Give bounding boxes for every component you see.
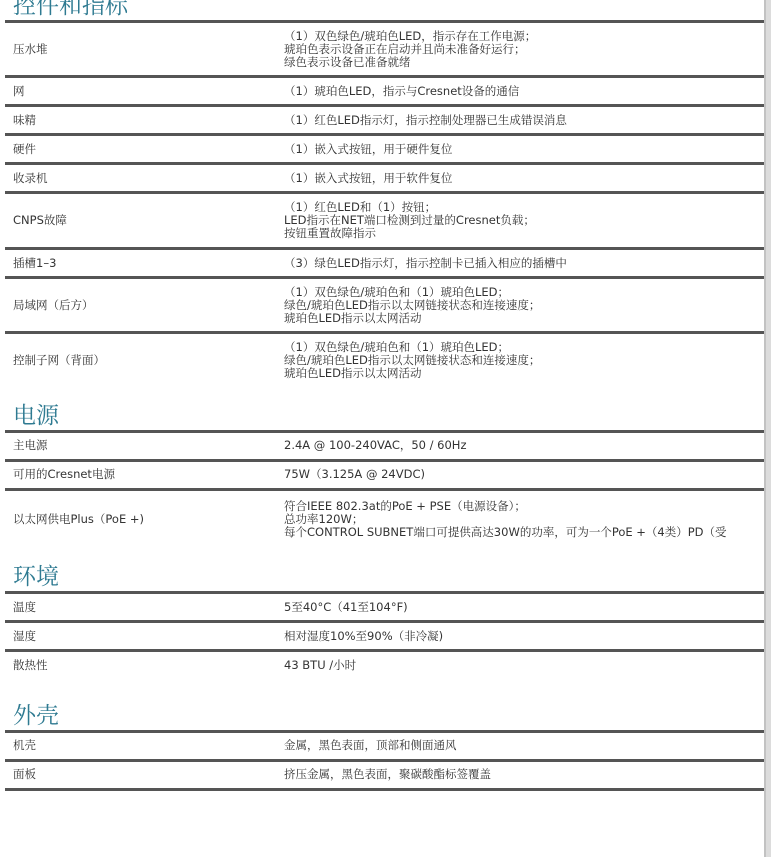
spec-value: 金属，黑色表面，顶部和侧面通风 [282, 731, 766, 760]
table-row: 面板 挤压金属，黑色表面，聚碳酸酯标签覆盖 [5, 760, 766, 789]
table-row: 控制子网（背面） （1）双色绿色/琥珀色和（1）琥珀色LED； 绿色/琥珀色LE… [5, 333, 766, 388]
spec-value: （1）双色绿色/琥珀色和（1）琥珀色LED； 绿色/琥珀色LED指示以太网链接状… [282, 333, 766, 388]
spec-document: 控件和指标 压水堆 （1）双色绿色/琥珀色LED，指示存在工作电源； 琥珀色表示… [5, 0, 766, 791]
spec-label: 主电源 [5, 431, 282, 460]
spec-label: 机壳 [5, 731, 282, 760]
spec-value: （1）嵌入式按钮，用于软件复位 [282, 164, 766, 193]
table-row: 可用的Cresnet电源 75W（3.125A @ 24VDC) [5, 460, 766, 489]
section-title-enclosure: 外壳 [5, 702, 766, 730]
table-row: 机壳 金属，黑色表面，顶部和侧面通风 [5, 731, 766, 760]
section-title-environment: 环境 [5, 563, 766, 591]
spec-value: （3）绿色LED指示灯，指示控制卡已插入相应的插槽中 [282, 249, 766, 278]
table-row: 散热性 43 BTU /小时 [5, 651, 766, 680]
spec-value: （1）嵌入式按钮，用于硬件复位 [282, 135, 766, 164]
table-row: 以太网供电Plus（PoE +) 符合IEEE 802.3at的PoE + PS… [5, 489, 766, 549]
spec-label: 面板 [5, 760, 282, 789]
spec-label: 控制子网（背面） [5, 333, 282, 388]
table-row: 收录机 （1）嵌入式按钮，用于软件复位 [5, 164, 766, 193]
table-row: 硬件 （1）嵌入式按钮，用于硬件复位 [5, 135, 766, 164]
table-row: 主电源 2.4A @ 100-240VAC，50 / 60Hz [5, 431, 766, 460]
spec-value: 2.4A @ 100-240VAC，50 / 60Hz [282, 431, 766, 460]
spec-label: 温度 [5, 593, 282, 622]
table-row: 插槽1–3 （3）绿色LED指示灯，指示控制卡已插入相应的插槽中 [5, 249, 766, 278]
table-row: CNPS故障 （1）红色LED和（1）按钮； LED指示在NET端口检测到过量的… [5, 193, 766, 249]
spec-table-enclosure: 机壳 金属，黑色表面，顶部和侧面通风 面板 挤压金属，黑色表面，聚碳酸酯标签覆盖 [5, 730, 766, 791]
spec-label: 收录机 [5, 164, 282, 193]
spec-label: CNPS故障 [5, 193, 282, 249]
section-title-controls: 控件和指标 [5, 0, 766, 20]
section-spacer [5, 680, 766, 702]
table-row: 味精 （1）红色LED指示灯，指示控制处理器已生成错误消息 [5, 106, 766, 135]
spec-label: 压水堆 [5, 22, 282, 77]
table-row: 网 （1）琥珀色LED，指示与Cresnet设备的通信 [5, 77, 766, 106]
table-row: 局域网（后方） （1）双色绿色/琥珀色和（1）琥珀色LED； 绿色/琥珀色LED… [5, 278, 766, 333]
section-spacer [5, 388, 766, 402]
vertical-scrollbar[interactable] [764, 0, 771, 857]
spec-value: 相对湿度10%至90%（非冷凝) [282, 622, 766, 651]
spec-label: 散热性 [5, 651, 282, 680]
spec-label: 局域网（后方） [5, 278, 282, 333]
spec-label: 可用的Cresnet电源 [5, 460, 282, 489]
spec-value: 43 BTU /小时 [282, 651, 766, 680]
spec-table-controls: 压水堆 （1）双色绿色/琥珀色LED，指示存在工作电源； 琥珀色表示设备正在启动… [5, 20, 766, 388]
spec-value: （1）双色绿色/琥珀色和（1）琥珀色LED； 绿色/琥珀色LED指示以太网链接状… [282, 278, 766, 333]
spec-label: 湿度 [5, 622, 282, 651]
spec-label: 网 [5, 77, 282, 106]
section-spacer [5, 549, 766, 563]
spec-table-power: 主电源 2.4A @ 100-240VAC，50 / 60Hz 可用的Cresn… [5, 430, 766, 550]
spec-value: （1）红色LED和（1）按钮； LED指示在NET端口检测到过量的Cresnet… [282, 193, 766, 249]
section-title-power: 电源 [5, 402, 766, 430]
table-row: 压水堆 （1）双色绿色/琥珀色LED，指示存在工作电源； 琥珀色表示设备正在启动… [5, 22, 766, 77]
spec-value: 5至40°C（41至104°F) [282, 593, 766, 622]
spec-label: 插槽1–3 [5, 249, 282, 278]
spec-value: （1）琥珀色LED，指示与Cresnet设备的通信 [282, 77, 766, 106]
spec-label: 味精 [5, 106, 282, 135]
table-row: 温度 5至40°C（41至104°F) [5, 593, 766, 622]
spec-table-environment: 温度 5至40°C（41至104°F) 湿度 相对湿度10%至90%（非冷凝) … [5, 591, 766, 680]
spec-value: 符合IEEE 802.3at的PoE + PSE（电源设备）； 总功率120W；… [282, 489, 766, 549]
table-row: 湿度 相对湿度10%至90%（非冷凝) [5, 622, 766, 651]
spec-label: 硬件 [5, 135, 282, 164]
spec-value: 75W（3.125A @ 24VDC) [282, 460, 766, 489]
spec-value: 挤压金属，黑色表面，聚碳酸酯标签覆盖 [282, 760, 766, 789]
spec-value: （1）双色绿色/琥珀色LED，指示存在工作电源； 琥珀色表示设备正在启动并且尚未… [282, 22, 766, 77]
spec-label: 以太网供电Plus（PoE +) [5, 489, 282, 549]
spec-value: （1）红色LED指示灯，指示控制处理器已生成错误消息 [282, 106, 766, 135]
